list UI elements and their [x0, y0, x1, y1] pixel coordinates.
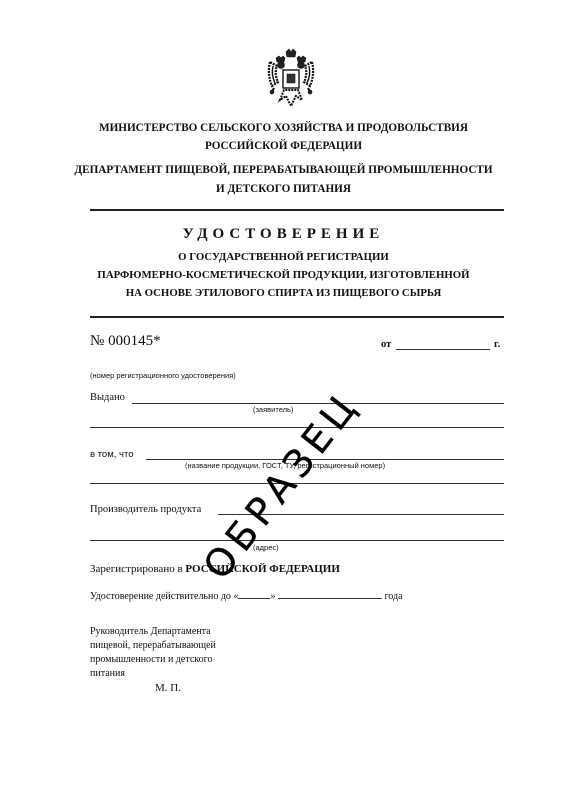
certificate-number-value: 000145*	[108, 333, 161, 349]
date-suffix: г.	[494, 339, 500, 350]
number-sign: №	[90, 333, 104, 349]
ministry-name-line2: РОССИЙСКОЙ ФЕДЕРАЦИИ	[0, 140, 567, 152]
russian-coat-of-arms-icon	[266, 48, 316, 110]
signature-line1: Руководитель Департамента	[90, 626, 211, 637]
date-prefix: от	[381, 339, 391, 350]
title-divider	[90, 316, 504, 318]
that-label: в том, что	[90, 449, 134, 460]
header-divider	[90, 209, 504, 211]
validity-suffix: года	[384, 591, 402, 602]
ministry-name-line1: МИНИСТЕРСТВО СЕЛЬСКОГО ХОЗЯЙСТВА И ПРОДО…	[0, 122, 567, 134]
validity-day-field[interactable]	[238, 598, 270, 599]
registered-text: Зарегистрировано в	[90, 563, 183, 575]
department-name-line2: И ДЕТСКОГО ПИТАНИЯ	[0, 183, 567, 195]
department-name-line1: ДЕПАРТАМЕНТ ПИЩЕВОЙ, ПЕРЕРАБАТЫВАЮЩЕЙ ПР…	[0, 164, 567, 176]
document-title: УДОСТОВЕРЕНИЕ	[0, 226, 567, 243]
document-subtitle-line3: НА ОСНОВЕ ЭТИЛОВОГО СПИРТА ИЗ ПИЩЕВОГО С…	[0, 287, 567, 299]
address-field[interactable]	[90, 540, 504, 541]
document-subtitle-line2: ПАРФЮМЕРНО-КОСМЕТИЧЕСКОЙ ПРОДУКЦИИ, ИЗГО…	[0, 269, 567, 281]
issued-label: Выдано	[90, 392, 125, 403]
date-field[interactable]	[396, 349, 490, 350]
validity-label: Удостоверение действительно до	[90, 591, 231, 602]
validity-open-quote: «	[233, 591, 238, 602]
validity-close-quote: »	[270, 591, 275, 602]
signature-line2: пищевой, перерабатывающей	[90, 640, 216, 651]
producer-label: Производитель продукта	[90, 504, 201, 515]
validity-month-year-field[interactable]	[278, 598, 382, 599]
signature-line3: промышленности и детского	[90, 654, 212, 665]
stamp-place: М. П.	[155, 682, 181, 694]
coat-of-arms-emblem	[266, 48, 316, 110]
number-caption: (номер регистрационного удостоверения)	[90, 371, 236, 380]
validity-row: Удостоверение действительно до «» года	[90, 591, 403, 602]
signature-line4: питания	[90, 668, 125, 679]
certificate-number: № 000145*	[90, 333, 161, 350]
document-subtitle-line1: О ГОСУДАРСТВЕННОЙ РЕГИСТРАЦИИ	[0, 251, 567, 263]
issued-caption: (заявитель)	[253, 405, 293, 414]
